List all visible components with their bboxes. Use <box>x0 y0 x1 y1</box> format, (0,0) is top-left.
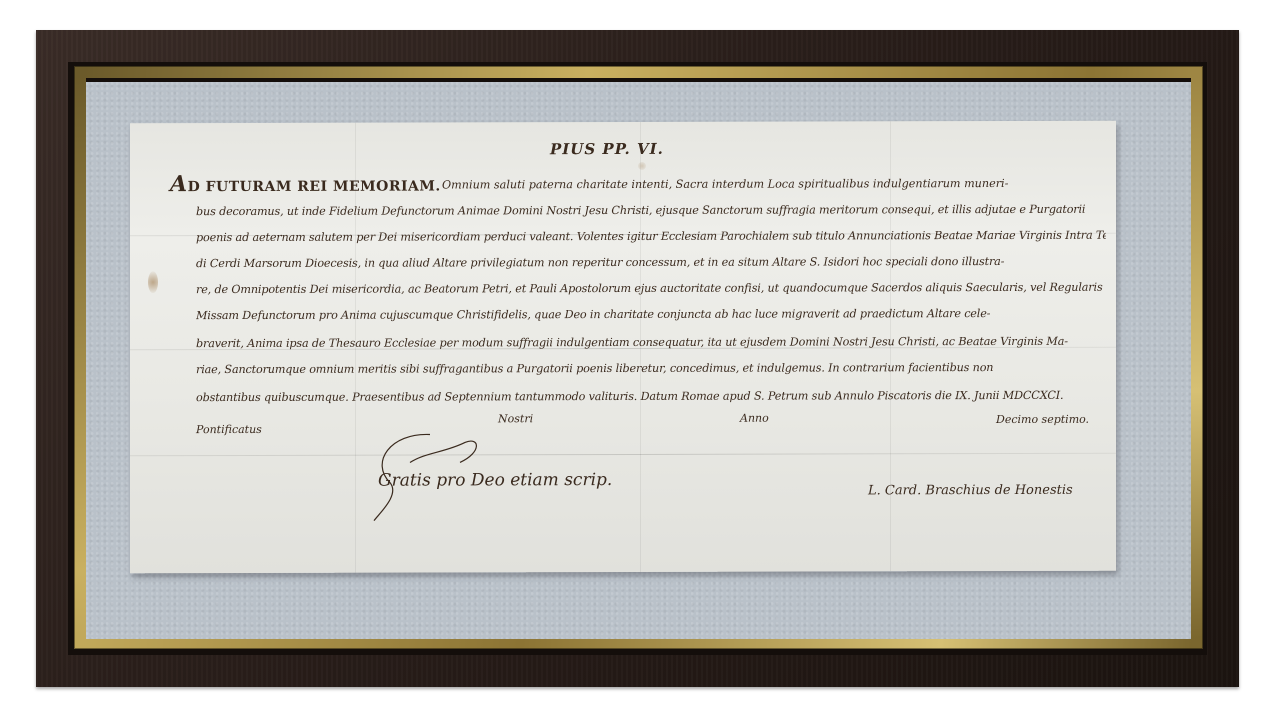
gratis-note: Gratis pro Deo etiam scrip. <box>378 470 612 491</box>
incipit: AD FUTURAM REI MEMORIAM. <box>170 170 441 197</box>
document-heading: PIUS PP. VI. <box>550 140 664 158</box>
text-line-4: di Cerdi Marsorum Dioecesis, in qua aliu… <box>196 255 1106 270</box>
text-line-3: poenis ad aeternam salutem per Dei miser… <box>196 229 1106 244</box>
ink-stain <box>148 271 158 293</box>
text-line-1: Omnium saluti paterna charitate intenti,… <box>442 177 1106 192</box>
ink-stain <box>638 162 646 170</box>
cardinal-signature: L. Card. Braschius de Honestis <box>868 483 1073 499</box>
text-line-5: re, de Omnipotentis Dei misericordia, ac… <box>196 281 1106 296</box>
dateline-year: Decimo septimo. <box>996 413 1089 426</box>
dateline-pontificatus: Pontificatus <box>196 423 262 436</box>
text-line-8: riae, Sanctorumque omnium meritis sibi s… <box>196 361 1106 376</box>
text-line-2: bus decoramus, ut inde Fidelium Defuncto… <box>196 203 1106 218</box>
dateline-nostri: Nostri <box>498 412 533 425</box>
dateline-anno: Anno <box>740 412 769 425</box>
text-line-9: obstantibus quibuscumque. Praesentibus a… <box>196 389 1106 404</box>
incipit-initial: A <box>170 171 188 197</box>
text-line-6: Missam Defunctorum pro Anima cujuscumque… <box>196 307 1106 322</box>
incipit-text: D FUTURAM REI MEMORIAM. <box>188 178 441 195</box>
fold-line <box>130 453 1116 457</box>
text-line-7: braverit, Anima ipsa de Thesauro Ecclesi… <box>196 335 1106 350</box>
papal-brief-document: PIUS PP. VI. AD FUTURAM REI MEMORIAM. Om… <box>130 121 1116 574</box>
